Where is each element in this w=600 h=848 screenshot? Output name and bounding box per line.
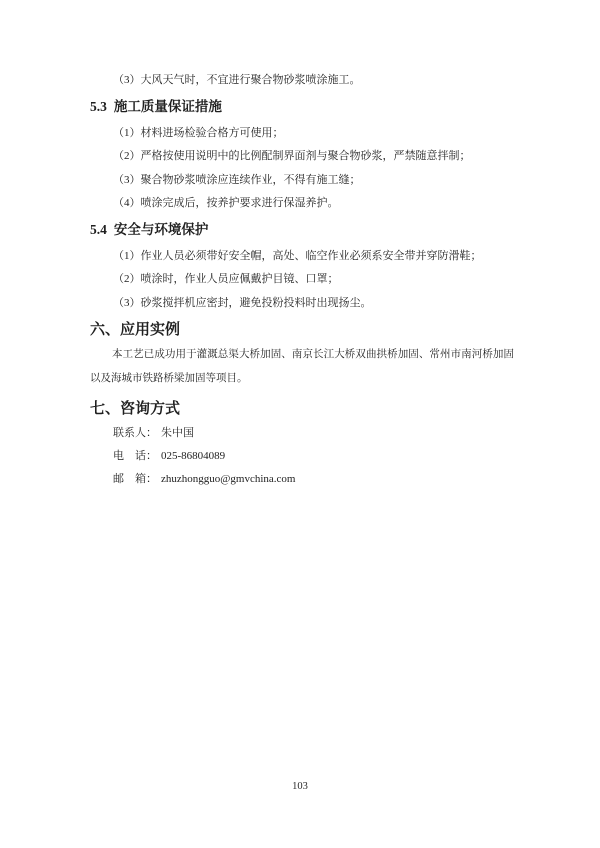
list-item: （4）喷涂完成后，按养护要求进行保湿养护。 — [90, 192, 514, 216]
section-5-4-number: 5.4 — [90, 222, 107, 237]
section-5-3-number: 5.3 — [90, 99, 107, 114]
page-content: （3）大风天气时，不宜进行聚合物砂浆喷涂施工。 5.3施工质量保证措施 （1）材… — [90, 69, 514, 491]
list-item: （1）作业人员必须带好安全帽，高处、临空作业必须系安全带并穿防滑鞋； — [90, 245, 514, 269]
contact-line: 电 话：025-86804089 — [90, 445, 514, 468]
document-page: （3）大风天气时，不宜进行聚合物砂浆喷涂施工。 5.3施工质量保证措施 （1）材… — [0, 0, 600, 848]
page-number: 103 — [0, 781, 600, 792]
section-6-heading: 六、应用实例 — [90, 317, 514, 343]
section-6-paragraph: 本工艺已成功用于灌溉总渠大桥加固、南京长江大桥双曲拱桥加固、常州市南河桥加固以及… — [90, 343, 514, 390]
list-item: （3）聚合物砂浆喷涂应连续作业，不得有施工缝； — [90, 169, 514, 193]
contact-email-label: 邮 箱： — [113, 473, 157, 485]
section-5-3-heading: 5.3施工质量保证措施 — [90, 95, 514, 119]
section-5-4-title: 安全与环境保护 — [114, 222, 209, 237]
contact-phone-label: 电 话： — [113, 450, 157, 462]
section-5-3-title: 施工质量保证措施 — [114, 99, 222, 114]
contact-phone-value: 025-86804089 — [161, 450, 225, 462]
list-item: （3）砂浆搅拌机应密封，避免投粉投料时出现扬尘。 — [90, 292, 514, 316]
list-item: （2）严格按使用说明中的比例配制界面剂与聚合物砂浆，严禁随意拌制； — [90, 145, 514, 169]
section-5-4-heading: 5.4安全与环境保护 — [90, 218, 514, 242]
list-item: （3）大风天气时，不宜进行聚合物砂浆喷涂施工。 — [90, 69, 514, 93]
contact-line: 邮 箱：zhuzhongguo@gmvchina.com — [90, 468, 514, 491]
list-item: （2）喷涂时，作业人员应佩戴护目镜、口罩； — [90, 268, 514, 292]
section-7-heading: 七、咨询方式 — [90, 396, 514, 422]
list-item: （1）材料进场检验合格方可使用； — [90, 122, 514, 146]
contact-line: 联系人：朱中国 — [90, 422, 514, 445]
contact-name-value: 朱中国 — [161, 427, 194, 439]
contact-email-value: zhuzhongguo@gmvchina.com — [161, 473, 295, 485]
contact-name-label: 联系人： — [113, 427, 157, 439]
